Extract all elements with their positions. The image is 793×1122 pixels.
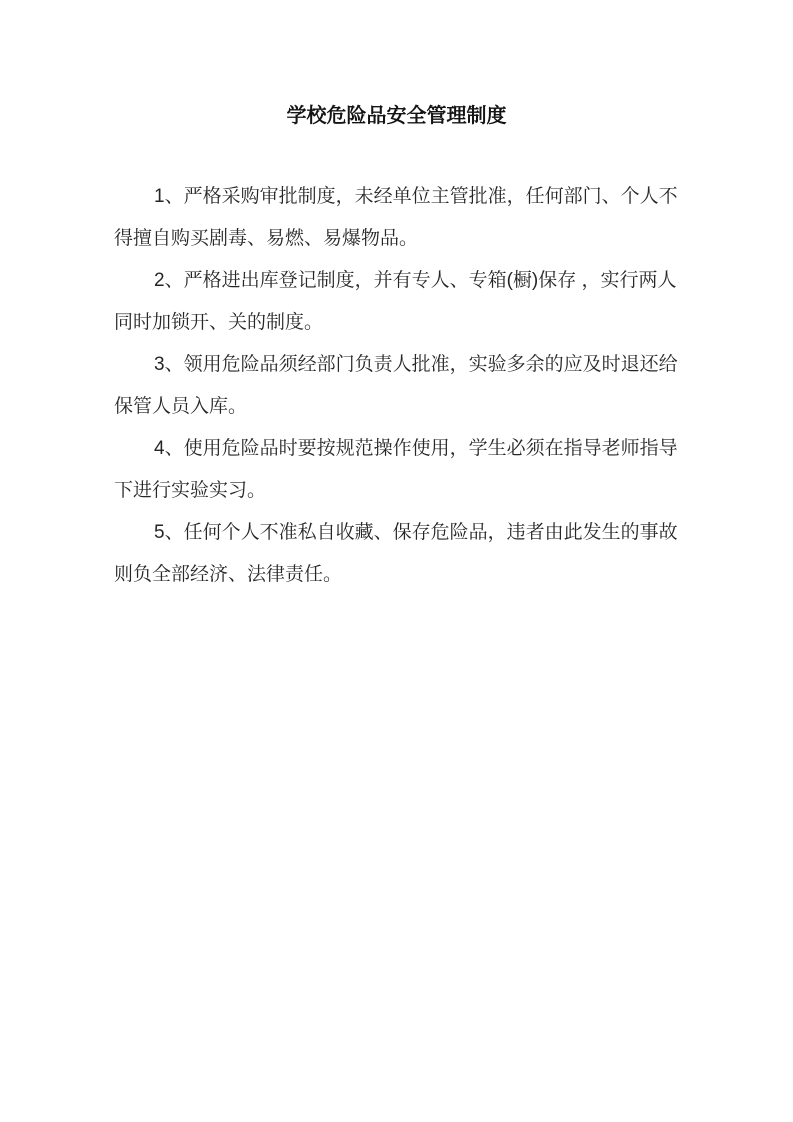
paragraph-4-line-2: 下进行实验实习。: [114, 470, 683, 512]
paragraph-5-line-1: 5、任何个人不准私自收藏、保存危险品，违者由此发生的事故: [114, 512, 683, 554]
paragraph-3: 3、领用危险品须经部门负责人批准，实验多余的应及时退还给 保管人员入库。: [114, 344, 683, 428]
paragraph-2-line-2: 同时加锁开、关的制度。: [114, 302, 683, 344]
document-page: 学校危险品安全管理制度 1、严格采购审批制度，未经单位主管批准，任何部门、个人不…: [0, 0, 793, 1122]
paragraph-3-line-1: 3、领用危险品须经部门负责人批准，实验多余的应及时退还给: [114, 344, 683, 386]
paragraph-1: 1、严格采购审批制度，未经单位主管批准，任何部门、个人不 得擅自购买剧毒、易燃、…: [114, 176, 683, 260]
paragraph-5: 5、任何个人不准私自收藏、保存危险品，违者由此发生的事故 则负全部经济、法律责任…: [114, 512, 683, 596]
paragraph-5-line-2: 则负全部经济、法律责任。: [114, 554, 683, 596]
paragraph-4: 4、使用危险品时要按规范操作使用，学生必须在指导老师指导 下进行实验实习。: [114, 428, 683, 512]
document-title: 学校危险品安全管理制度: [0, 0, 793, 130]
paragraph-1-line-2: 得擅自购买剧毒、易燃、易爆物品。: [114, 218, 683, 260]
paragraph-2-line-1: 2、严格进出库登记制度，并有专人、专箱(橱)保存 ，实行两人: [114, 260, 683, 302]
paragraph-4-line-1: 4、使用危险品时要按规范操作使用，学生必须在指导老师指导: [114, 428, 683, 470]
document-body: 1、严格采购审批制度，未经单位主管批准，任何部门、个人不 得擅自购买剧毒、易燃、…: [0, 176, 793, 596]
paragraph-2: 2、严格进出库登记制度，并有专人、专箱(橱)保存 ，实行两人 同时加锁开、关的制…: [114, 260, 683, 344]
paragraph-3-line-2: 保管人员入库。: [114, 386, 683, 428]
paragraph-1-line-1: 1、严格采购审批制度，未经单位主管批准，任何部门、个人不: [114, 176, 683, 218]
